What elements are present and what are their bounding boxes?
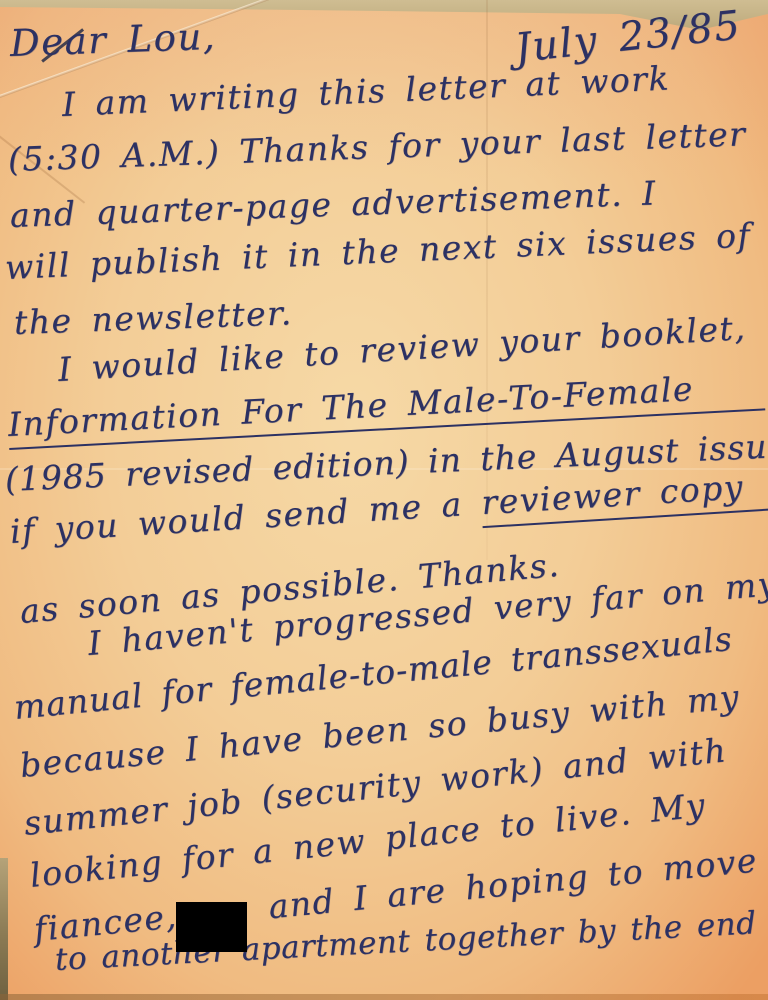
- handwriting-line: I am writing this letter at work: [61, 58, 671, 124]
- redaction-box: [176, 902, 247, 952]
- handwriting-line: the newsletter.: [13, 293, 293, 342]
- handwriting-line: (5:30 A.M.) Thanks for your last letter: [7, 114, 747, 179]
- letter-page: Dear Lou, July 23/85 I am writing this l…: [0, 0, 768, 1000]
- line-text: I am writing this letter at work: [61, 58, 671, 124]
- scanner-backdrop-bottom: [0, 994, 768, 1000]
- salutation: Dear Lou,: [9, 15, 216, 65]
- scanner-backdrop-left: [0, 858, 8, 1000]
- line-text: (5:30 A.M.) Thanks for your last letter: [7, 114, 747, 179]
- line-text: the newsletter.: [13, 293, 293, 342]
